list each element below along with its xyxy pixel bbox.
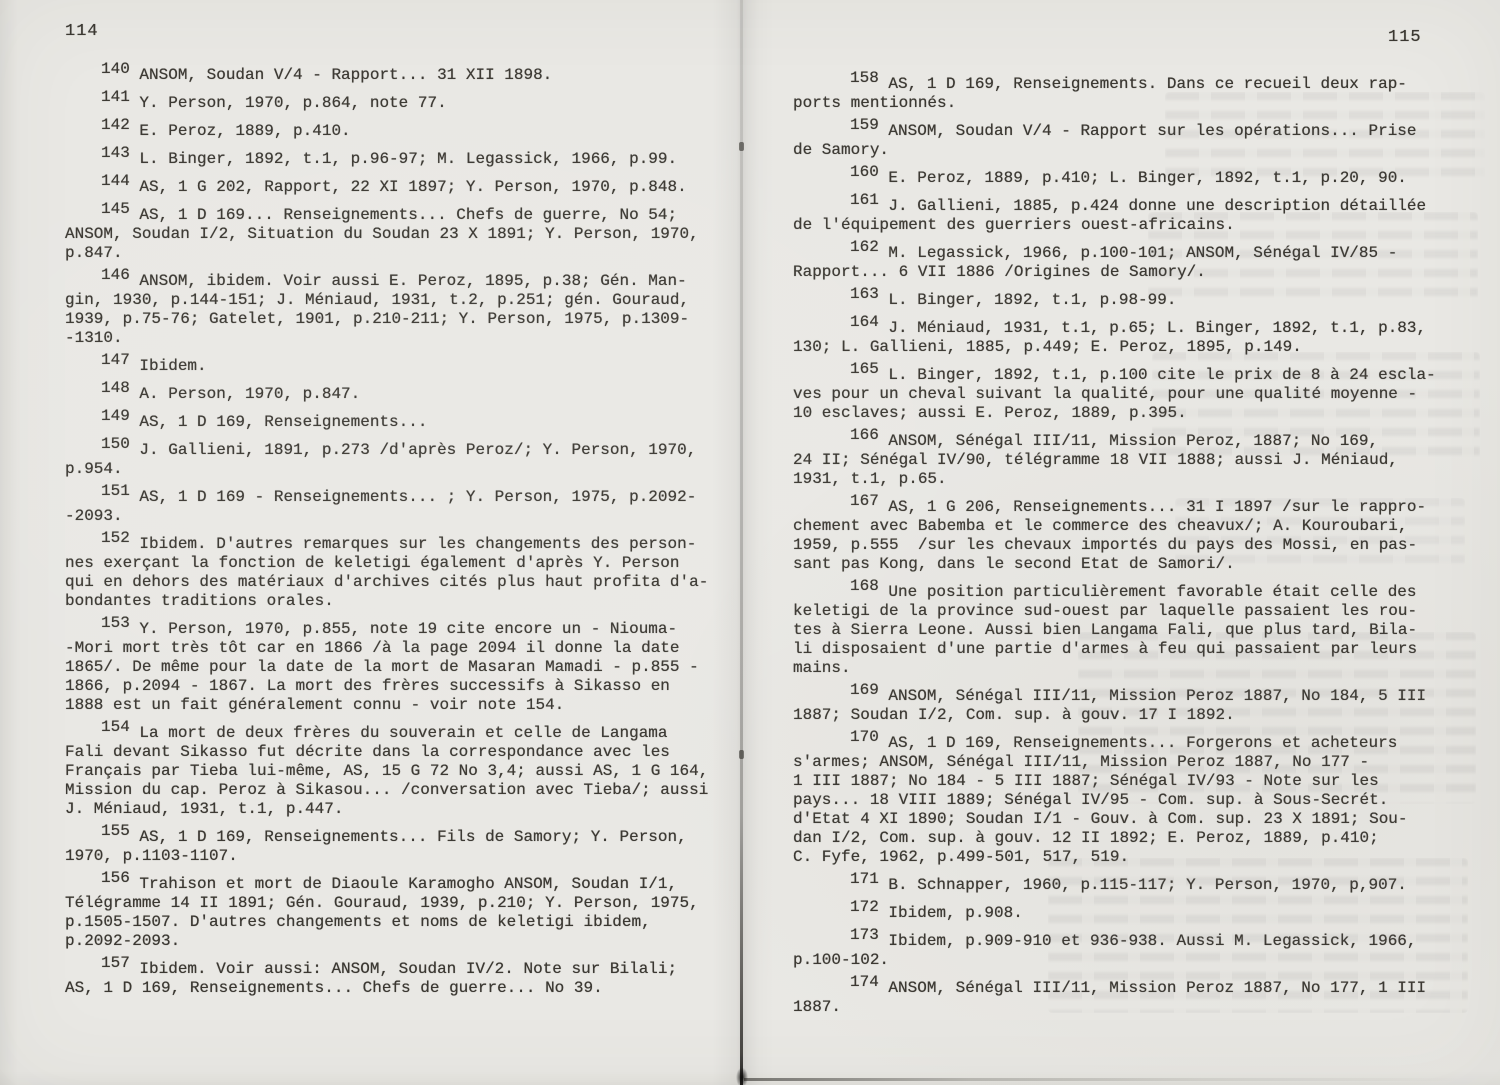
page-number-left: 114 (65, 22, 99, 41)
footnote-line: mains. (793, 659, 1453, 678)
footnote-line: 170 AS, 1 D 169, Renseignements... Forge… (793, 734, 1453, 753)
footnote-number: 143 (101, 144, 130, 162)
footnote-line: ports mentionnés. (793, 94, 1453, 113)
footnote-163: 163 L. Binger, 1892, t.1, p.98-99. (793, 291, 1453, 310)
footnote-line: 141 Y. Person, 1970, p.864, note 77. (65, 94, 725, 113)
footnote-line: 148 A. Person, 1970, p.847. (65, 385, 725, 404)
footnote-line: 165 L. Binger, 1892, t.1, p.100 cite le … (793, 366, 1453, 385)
footnote-line: 145 AS, 1 D 169... Renseignements... Che… (65, 206, 725, 225)
footnote-141: 141 Y. Person, 1970, p.864, note 77. (65, 94, 725, 113)
footnote-number: 153 (101, 614, 130, 632)
footnote-166: 166 ANSOM, Sénégal III/11, Mission Peroz… (793, 432, 1453, 489)
page-115: 115 158 AS, 1 D 169, Renseignements. Dan… (745, 0, 1500, 1085)
footnote-number: 156 (101, 869, 130, 887)
footnote-146: 146 ANSOM, ibidem. Voir aussi E. Peroz, … (65, 272, 725, 348)
footnote-line: Français par Tieba lui-même, AS, 15 G 72… (65, 762, 725, 781)
footnote-number: 160 (850, 163, 879, 181)
footnote-line: -2093. (65, 507, 725, 526)
footnote-line: 166 ANSOM, Sénégal III/11, Mission Peroz… (793, 432, 1453, 451)
footnote-line: 164 J. Méniaud, 1931, t.1, p.65; L. Bing… (793, 319, 1453, 338)
footnote-line: d'Etat 4 XI 1890; Soudan I/1 - Gouv. à C… (793, 810, 1453, 829)
footnote-number: 173 (850, 926, 879, 944)
footnote-number: 163 (850, 285, 879, 303)
footnote-number: 141 (101, 88, 130, 106)
footnote-line: 1887. (793, 998, 1453, 1017)
footnote-line: 146 ANSOM, ibidem. Voir aussi E. Peroz, … (65, 272, 725, 291)
footnote-line: 151 AS, 1 D 169 - Renseignements... ; Y.… (65, 488, 725, 507)
footnote-line: 1931, t.1, p.65. (793, 470, 1453, 489)
footnote-line: pays... 18 VIII 1889; Sénégal IV/95 - Co… (793, 791, 1453, 810)
footnote-143: 143 L. Binger, 1892, t.1, p.96-97; M. Le… (65, 150, 725, 169)
footnote-line: 1888 est un fait généralement connu - vo… (65, 696, 725, 715)
footnote-line: 163 L. Binger, 1892, t.1, p.98-99. (793, 291, 1453, 310)
footnote-148: 148 A. Person, 1970, p.847. (65, 385, 725, 404)
footnote-line: 158 AS, 1 D 169, Renseignements. Dans ce… (793, 75, 1453, 94)
footnote-line: 171 B. Schnapper, 1960, p.115-117; Y. Pe… (793, 876, 1453, 895)
footnotes-column-left: 140 ANSOM, Soudan V/4 - Rapport... 31 XI… (65, 66, 725, 998)
footnote-number: 164 (850, 313, 879, 331)
footnote-line: 161 J. Gallieni, 1885, p.424 donne une d… (793, 197, 1453, 216)
footnote-number: 148 (101, 379, 130, 397)
footnote-158: 158 AS, 1 D 169, Renseignements. Dans ce… (793, 75, 1453, 113)
footnote-number: 145 (101, 200, 130, 218)
footnote-number: 171 (850, 870, 879, 888)
footnote-line: p.100-102. (793, 951, 1453, 970)
footnote-153: 153 Y. Person, 1970, p.855, note 19 cite… (65, 620, 725, 715)
footnote-number: 158 (850, 69, 879, 87)
footnote-line: 160 E. Peroz, 1889, p.410; L. Binger, 18… (793, 169, 1453, 188)
footnote-168: 168 Une position particulièrement favora… (793, 583, 1453, 678)
footnote-167: 167 AS, 1 G 206, Renseignements... 31 I … (793, 498, 1453, 574)
footnote-line: de Samory. (793, 141, 1453, 160)
footnote-line: 155 AS, 1 D 169, Renseignements... Fils … (65, 828, 725, 847)
footnote-line: -1310. (65, 329, 725, 348)
footnote-number: 166 (850, 426, 879, 444)
footnote-line: p.2092-2093. (65, 932, 725, 951)
footnote-line: 168 Une position particulièrement favora… (793, 583, 1453, 602)
footnote-number: 174 (850, 973, 879, 991)
footnote-line: 167 AS, 1 G 206, Renseignements... 31 I … (793, 498, 1453, 517)
footnote-151: 151 AS, 1 D 169 - Renseignements... ; Y.… (65, 488, 725, 526)
footnote-number: 162 (850, 238, 879, 256)
footnote-line: 140 ANSOM, Soudan V/4 - Rapport... 31 XI… (65, 66, 725, 85)
footnote-line: 10 esclaves; aussi E. Peroz, 1889, p.395… (793, 404, 1453, 423)
footnote-number: 154 (101, 718, 130, 736)
footnote-line: qui en dehors des matériaux d'archives c… (65, 573, 725, 592)
footnote-156: 156 Trahison et mort de Diaoule Karamogh… (65, 875, 725, 951)
footnote-number: 144 (101, 172, 130, 190)
page-114: 114 140 ANSOM, Soudan V/4 - Rapport... 3… (0, 0, 745, 1085)
page-number-right: 115 (1388, 28, 1422, 47)
footnote-number: 146 (101, 266, 130, 284)
footnote-number: 155 (101, 822, 130, 840)
footnote-161: 161 J. Gallieni, 1885, p.424 donne une d… (793, 197, 1453, 235)
footnote-number: 151 (101, 482, 130, 500)
footnote-number: 170 (850, 728, 879, 746)
footnote-154: 154 La mort de deux frères du souverain … (65, 724, 725, 819)
footnote-169: 169 ANSOM, Sénégal III/11, Mission Peroz… (793, 687, 1453, 725)
footnote-line: li disposaient d'une partie d'armes à fe… (793, 640, 1453, 659)
footnote-line: Fali devant Sikasso fut décrite dans la … (65, 743, 725, 762)
footnote-line: Télégramme 14 II 1891; Gén. Gouraud, 193… (65, 894, 725, 913)
footnote-line: 173 Ibidem, p.909-910 et 936-938. Aussi … (793, 932, 1453, 951)
footnote-line: keletigi de la province sud-ouest par la… (793, 602, 1453, 621)
footnote-172: 172 Ibidem, p.908. (793, 904, 1453, 923)
footnote-152: 152 Ibidem. D'autres remarques sur les c… (65, 535, 725, 611)
footnote-line: 152 Ibidem. D'autres remarques sur les c… (65, 535, 725, 554)
footnote-line: 130; L. Gallieni, 1885, p.449; E. Peroz,… (793, 338, 1453, 357)
footnote-142: 142 E. Peroz, 1889, p.410. (65, 122, 725, 141)
footnote-144: 144 AS, 1 G 202, Rapport, 22 XI 1897; Y.… (65, 178, 725, 197)
binding-bottom-mark (736, 1066, 748, 1085)
footnote-line: 154 La mort de deux frères du souverain … (65, 724, 725, 743)
footnote-line: ves pour un cheval suivant la qualité, p… (793, 385, 1453, 404)
page-bottom-edge-shadow (744, 1078, 1500, 1081)
footnote-160: 160 E. Peroz, 1889, p.410; L. Binger, 18… (793, 169, 1453, 188)
footnote-149: 149 AS, 1 D 169, Renseignements... (65, 413, 725, 432)
footnote-number: 159 (850, 116, 879, 134)
footnote-173: 173 Ibidem, p.909-910 et 936-938. Aussi … (793, 932, 1453, 970)
footnote-number: 167 (850, 492, 879, 510)
crease-nick (739, 750, 744, 759)
footnote-line: bondantes traditions orales. (65, 592, 725, 611)
footnote-number: 157 (101, 954, 130, 972)
footnote-line: Rapport... 6 VII 1886 /Origines de Samor… (793, 263, 1453, 282)
footnote-number: 161 (850, 191, 879, 209)
footnote-line: tes à Sierra Leone. Aussi bien Langama F… (793, 621, 1453, 640)
footnote-line: 143 L. Binger, 1892, t.1, p.96-97; M. Le… (65, 150, 725, 169)
footnote-line: s'armes; ANSOM, Sénégal III/11, Mission … (793, 753, 1453, 772)
footnote-line: 144 AS, 1 G 202, Rapport, 22 XI 1897; Y.… (65, 178, 725, 197)
footnote-line: 156 Trahison et mort de Diaoule Karamogh… (65, 875, 725, 894)
footnote-line: -Mori mort très tôt car en 1866 /à la pa… (65, 639, 725, 658)
footnote-164: 164 J. Méniaud, 1931, t.1, p.65; L. Bing… (793, 319, 1453, 357)
footnote-number: 142 (101, 116, 130, 134)
footnote-line: 1939, p.75-76; Gatelet, 1901, p.210-211;… (65, 310, 725, 329)
footnote-174: 174 ANSOM, Sénégal III/11, Mission Peroz… (793, 979, 1453, 1017)
footnote-number: 152 (101, 529, 130, 547)
footnote-150: 150 J. Gallieni, 1891, p.273 /d'après Pe… (65, 441, 725, 479)
footnote-line: dan I/2, Com. sup. à gouv. 12 II 1892; E… (793, 829, 1453, 848)
footnote-line: chement avec Babemba et le commerce des … (793, 517, 1453, 536)
footnote-145: 145 AS, 1 D 169... Renseignements... Che… (65, 206, 725, 263)
footnote-line: 142 E. Peroz, 1889, p.410. (65, 122, 725, 141)
book-spread-scan: 114 140 ANSOM, Soudan V/4 - Rapport... 3… (0, 0, 1500, 1085)
footnote-number: 172 (850, 898, 879, 916)
footnote-number: 169 (850, 681, 879, 699)
footnote-number: 150 (101, 435, 130, 453)
footnote-line: p.954. (65, 460, 725, 479)
footnote-line: 1 III 1887; No 184 - 5 III 1887; Sénégal… (793, 772, 1453, 791)
footnote-162: 162 M. Legassick, 1966, p.100-101; ANSOM… (793, 244, 1453, 282)
footnote-line: 149 AS, 1 D 169, Renseignements... (65, 413, 725, 432)
footnote-line: 157 Ibidem. Voir aussi: ANSOM, Soudan IV… (65, 960, 725, 979)
footnote-number: 140 (101, 60, 130, 78)
footnote-170: 170 AS, 1 D 169, Renseignements... Forge… (793, 734, 1453, 867)
crease-nick (739, 142, 744, 151)
footnote-165: 165 L. Binger, 1892, t.1, p.100 cite le … (793, 366, 1453, 423)
footnote-line: 1959, p.555 /sur les chevaux importés du… (793, 536, 1453, 555)
footnote-line: gin, 1930, p.144-151; J. Méniaud, 1931, … (65, 291, 725, 310)
footnote-155: 155 AS, 1 D 169, Renseignements... Fils … (65, 828, 725, 866)
footnote-140: 140 ANSOM, Soudan V/4 - Rapport... 31 XI… (65, 66, 725, 85)
footnote-line: 147 Ibidem. (65, 357, 725, 376)
footnote-number: 168 (850, 577, 879, 595)
footnote-line: 174 ANSOM, Sénégal III/11, Mission Peroz… (793, 979, 1453, 998)
footnote-line: 162 M. Legassick, 1966, p.100-101; ANSOM… (793, 244, 1453, 263)
footnote-line: 159 ANSOM, Soudan V/4 - Rapport sur les … (793, 122, 1453, 141)
footnote-line: 1866, p.2094 - 1867. La mort des frères … (65, 677, 725, 696)
footnote-line: J. Méniaud, 1931, t.1, p.447. (65, 800, 725, 819)
footnotes-column-right: 158 AS, 1 D 169, Renseignements. Dans ce… (793, 75, 1453, 1017)
footnote-number: 165 (850, 360, 879, 378)
footnote-147: 147 Ibidem. (65, 357, 725, 376)
footnote-157: 157 Ibidem. Voir aussi: ANSOM, Soudan IV… (65, 960, 725, 998)
footnote-line: p.847. (65, 244, 725, 263)
footnote-line: 1887; Soudan I/2, Com. sup. à gouv. 17 I… (793, 706, 1453, 725)
footnote-number: 147 (101, 351, 130, 369)
footnote-line: 150 J. Gallieni, 1891, p.273 /d'après Pe… (65, 441, 725, 460)
footnote-line: de l'équipement des guerriers ouest-afri… (793, 216, 1453, 235)
footnote-line: 169 ANSOM, Sénégal III/11, Mission Peroz… (793, 687, 1453, 706)
footnote-line: ANSOM, Soudan I/2, Situation du Soudan 2… (65, 225, 725, 244)
footnote-line: Mission du cap. Peroz à Sikasou... /conv… (65, 781, 725, 800)
footnote-line: 1865/. De même pour la date de la mort d… (65, 658, 725, 677)
footnote-line: AS, 1 D 169, Renseignements... Chefs de … (65, 979, 725, 998)
footnote-line: nes exerçant la fonction de keletigi éga… (65, 554, 725, 573)
footnote-171: 171 B. Schnapper, 1960, p.115-117; Y. Pe… (793, 876, 1453, 895)
footnote-line: 172 Ibidem, p.908. (793, 904, 1453, 923)
footnote-line: 1970, p.1103-1107. (65, 847, 725, 866)
footnote-number: 149 (101, 407, 130, 425)
footnote-line: p.1505-1507. D'autres changements et nom… (65, 913, 725, 932)
footnote-line: 153 Y. Person, 1970, p.855, note 19 cite… (65, 620, 725, 639)
footnote-line: 24 II; Sénégal IV/90, télégramme 18 VII … (793, 451, 1453, 470)
footnote-line: sant pas Kong, dans le second Etat de Sa… (793, 555, 1453, 574)
footnote-line: C. Fyfe, 1962, p.499-501, 517, 519. (793, 848, 1453, 867)
footnote-159: 159 ANSOM, Soudan V/4 - Rapport sur les … (793, 122, 1453, 160)
